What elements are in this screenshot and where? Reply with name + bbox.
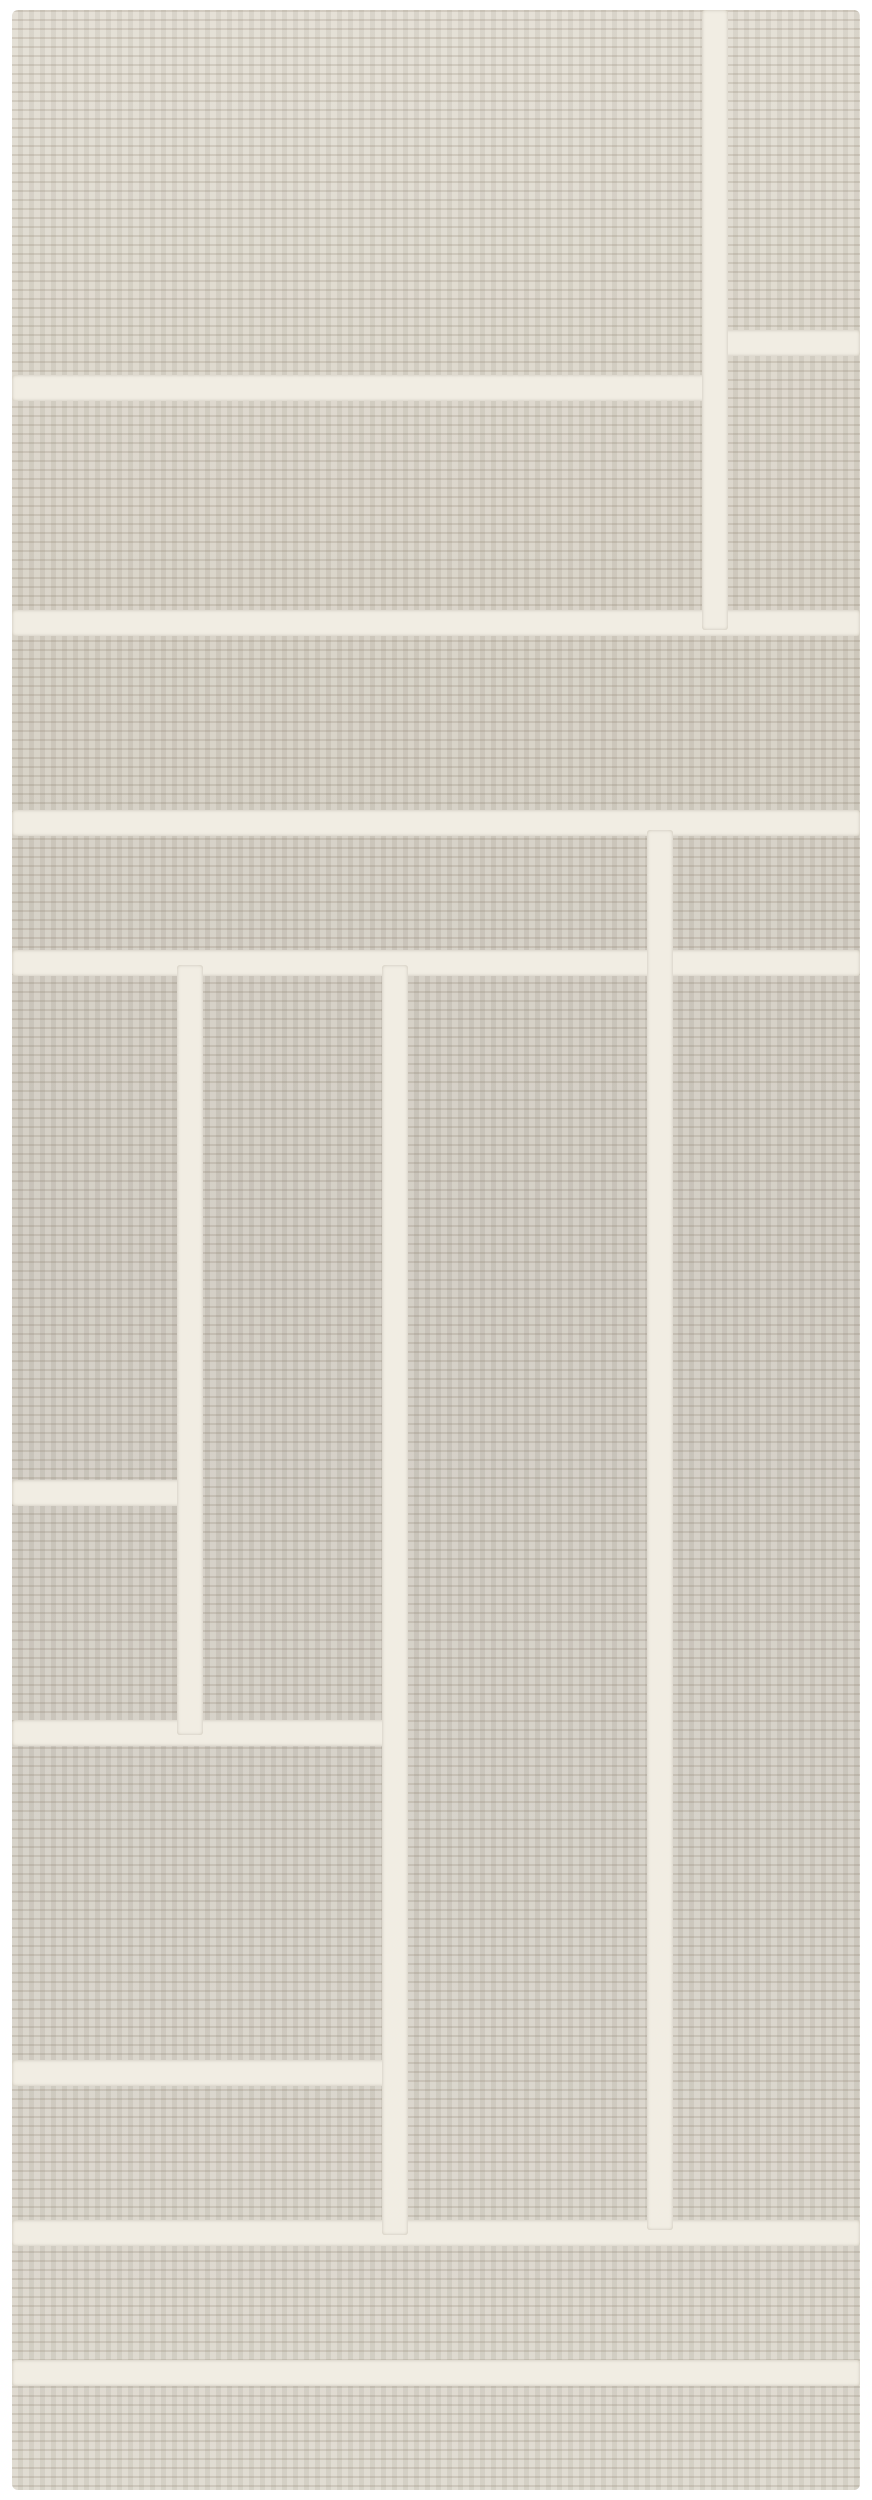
pattern-line: [12, 950, 860, 976]
pattern-line: [12, 2220, 860, 2246]
pattern-line: [12, 810, 860, 836]
pattern-line: [12, 2060, 392, 2086]
pattern-line: [382, 965, 408, 2235]
pattern-line: [647, 830, 673, 2230]
pattern-line: [712, 330, 860, 356]
pattern-line: [12, 1480, 192, 1506]
pattern-line: [12, 610, 860, 636]
rug-photo: [12, 10, 860, 2490]
pattern-line: [12, 2360, 860, 2386]
pattern-line: [177, 965, 203, 1735]
pattern-line: [702, 10, 728, 630]
pattern-line: [12, 375, 712, 401]
